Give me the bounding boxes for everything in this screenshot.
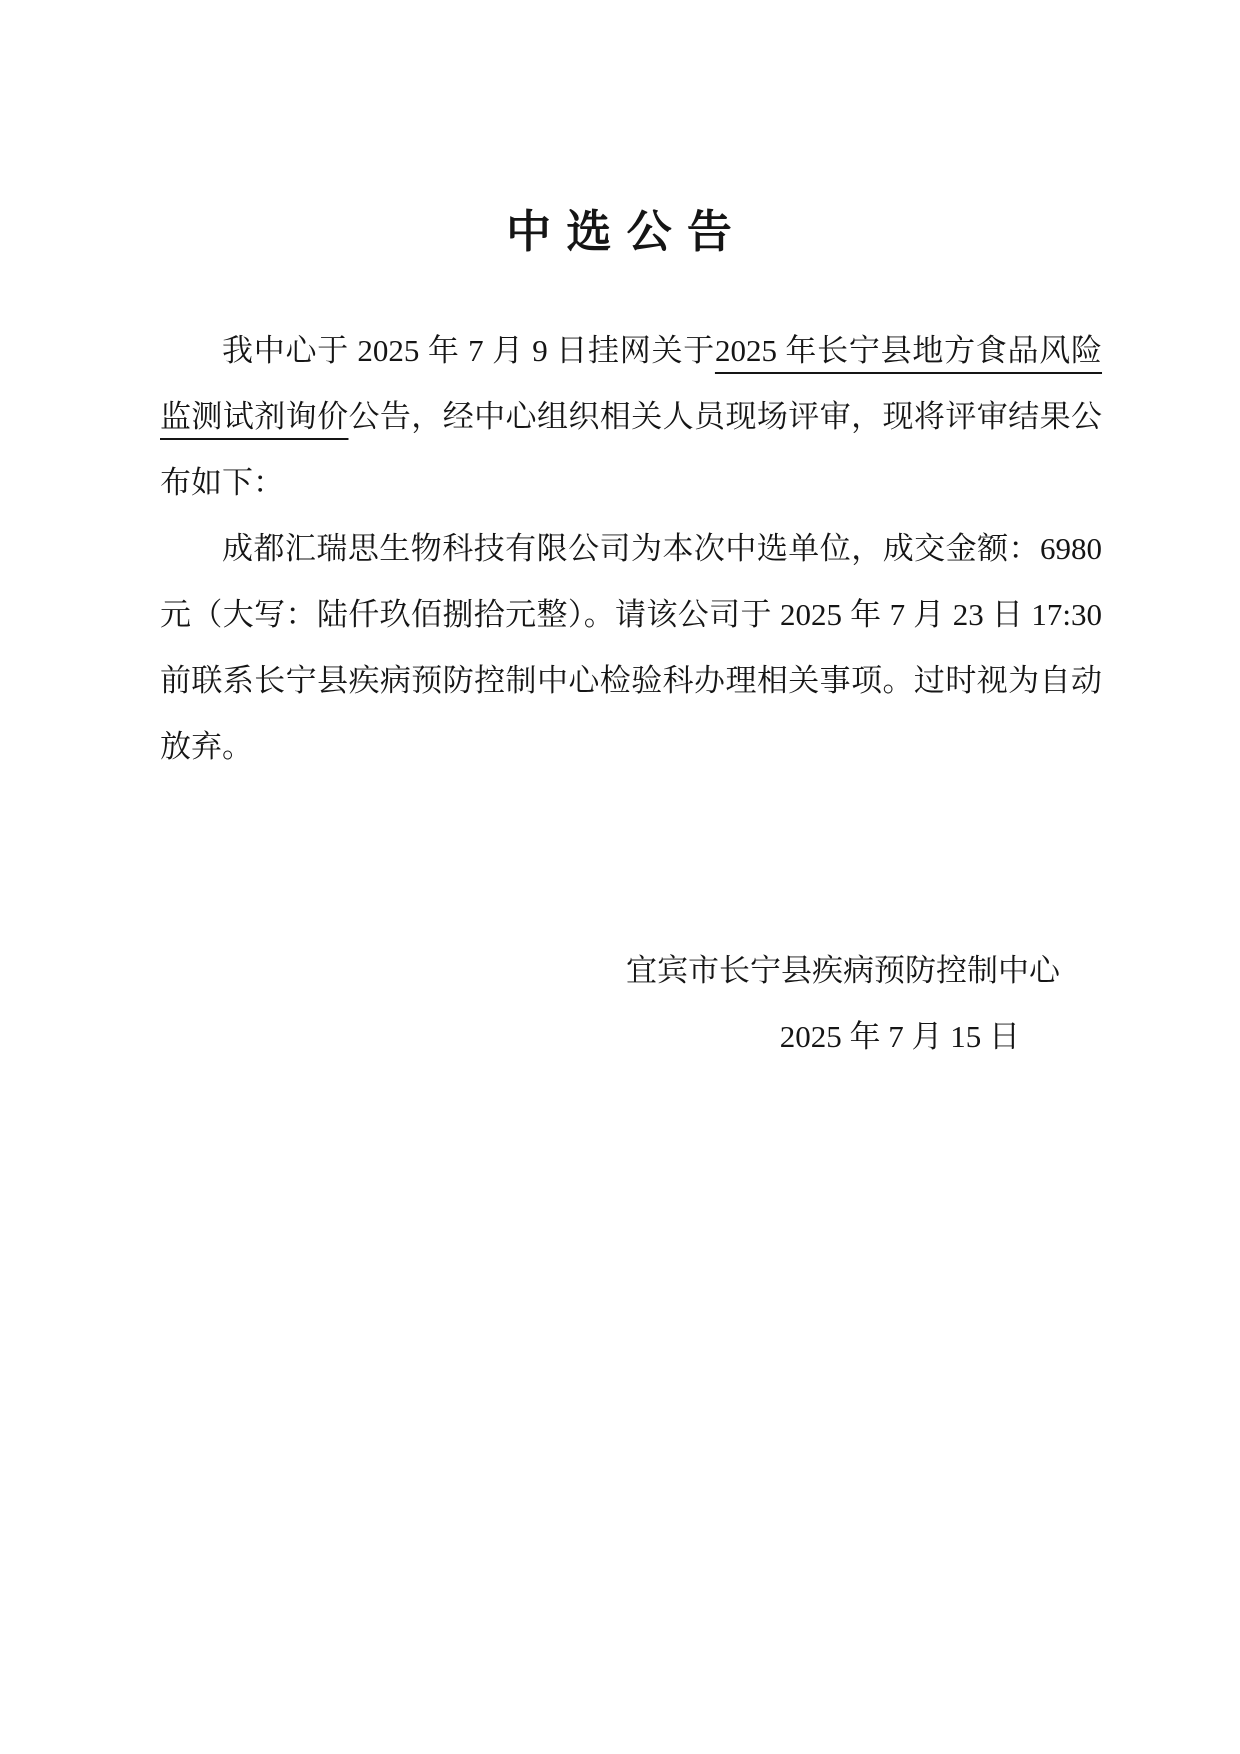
document-page: 中 选 公 告 我中心于 2025 年 7 月 9 日挂网关于2025 年长宁县… — [0, 0, 1240, 1754]
body-paragraph: 我中心于 2025 年 7 月 9 日挂网关于2025 年长宁县地方食品风险监测… — [160, 318, 1102, 516]
page-title: 中 选 公 告 — [0, 0, 1240, 258]
body-paragraph: 成都汇瑞思生物科技有限公司为本次中选单位，成交金额：6980 元（大写：陆仟玖佰… — [160, 516, 1102, 780]
paragraph-text: 我中心于 2025 年 7 月 9 日挂网关于 — [222, 333, 715, 368]
document-body: 我中心于 2025 年 7 月 9 日挂网关于2025 年长宁县地方食品风险监测… — [160, 318, 1102, 1070]
signature-org: 宜宾市长宁县疾病预防控制中心 — [160, 938, 1102, 1004]
signature-date: 2025 年 7 月 15 日 — [160, 1004, 1102, 1070]
paragraph-list: 我中心于 2025 年 7 月 9 日挂网关于2025 年长宁县地方食品风险监测… — [160, 318, 1102, 780]
paragraph-text: 成都汇瑞思生物科技有限公司为本次中选单位，成交金额：6980 元（大写：陆仟玖佰… — [160, 531, 1102, 764]
signature-block: 宜宾市长宁县疾病预防控制中心 2025 年 7 月 15 日 — [160, 938, 1102, 1070]
